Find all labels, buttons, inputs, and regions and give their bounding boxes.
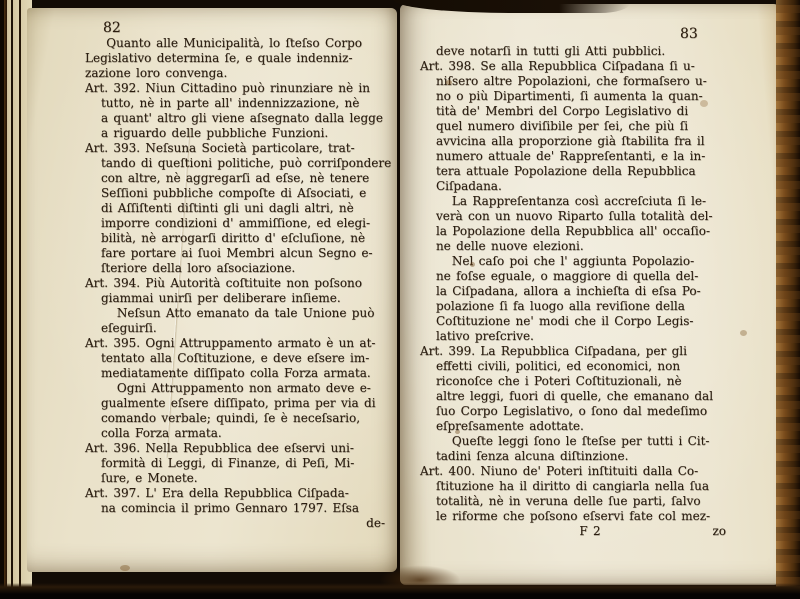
text-line: Ciſpadana. — [420, 179, 760, 194]
catchword: zo — [712, 524, 726, 539]
text-line: Art. 397. L' Era della Repubblica Ciſpad… — [85, 486, 395, 501]
text-line: di Aſſiſtenti diſtinti gli uni dagli alt… — [85, 201, 395, 216]
book-scan: 82 Quanto alle Municipalità, lo ſteſso C… — [0, 0, 800, 599]
text-line: Art. 400. Niuno de' Poteri inſtituiti da… — [420, 464, 760, 479]
left-page: 82 Quanto alle Municipalità, lo ſteſso C… — [27, 8, 397, 572]
text-line: comando verbale; quindi, ſe è neceſsario… — [85, 411, 395, 426]
text-line: tentato alla Coſtituzione, e deve eſsere… — [85, 351, 395, 366]
text-line: Legislativo determina ſe, e quale indenn… — [85, 51, 395, 66]
right-page: 83 deve notarſi in tutti gli Atti pubbli… — [400, 4, 778, 585]
text-line: tadini ſenza alcuna diſtinzione. — [420, 449, 760, 464]
text-line: riconoſce che i Poteri Coſtituzionali, n… — [420, 374, 760, 389]
text-line: la Popolazione della Repubblica all' occ… — [420, 224, 760, 239]
text-line: bilità, nè arrogarſi diritto d' eſcluſio… — [85, 231, 395, 246]
text-line: avvicina alla proporzione già ſtabilita … — [420, 134, 760, 149]
text-line: Queſte leggi ſono le ſteſse per tutti i … — [420, 434, 760, 449]
text-line: Art. 398. Se alla Repubblica Ciſpadana ſ… — [420, 59, 760, 74]
text-line: giammai unirſi per deliberare inſieme. — [85, 291, 395, 306]
text-line: no o più Dipartimenti, ſi aumenta la qua… — [420, 89, 760, 104]
text-line: verà con un nuovo Riparto ſulla totalità… — [420, 209, 760, 224]
text-line: Neſsun Atto emanato da tale Unione può — [85, 306, 395, 321]
text-line: Art. 394. Più Autorità coſtituite non po… — [85, 276, 395, 291]
text-line: imporre condizioni d' ammiſſione, ed ele… — [85, 216, 395, 231]
text-line: ne foſse eguale, o maggiore di quella de… — [420, 269, 760, 284]
text-line: Art. 392. Niun Cittadino può rinunziare … — [85, 81, 395, 96]
bottom-page-edge — [0, 583, 800, 599]
text-line: con altre, nè aggregarſi ad eſse, nè ten… — [85, 171, 395, 186]
text-line: totalità, nè in veruna delle ſue parti, … — [420, 494, 760, 509]
text-line: Ogni Attruppamento non armato deve e- — [85, 381, 395, 396]
text-line: tando di queſtioni politiche, può corriſ… — [85, 156, 395, 171]
text-line: Seſſioni pubbliche compoſte di Aſsociati… — [85, 186, 395, 201]
text-line: na comincia il primo Gennaro 1797. Eſsa — [85, 501, 395, 516]
fore-edge — [776, 0, 800, 599]
text-line: eſpreſsamente adottate. — [420, 419, 760, 434]
text-line: mediatamente diſſipato colla Forza armat… — [85, 366, 395, 381]
text-line: ne delle nuove elezioni. — [420, 239, 760, 254]
page-number-right: 83 — [680, 26, 698, 42]
signature-row: F 2zo — [420, 524, 760, 539]
text-line: deve notarſi in tutti gli Atti pubblici. — [420, 44, 760, 59]
text-line: Art. 393. Neſsuna Società particolare, t… — [85, 141, 395, 156]
signature-mark: F 2 — [579, 524, 600, 538]
gutter-stain — [372, 556, 468, 586]
text-line: numero attuale de' Rappreſentanti, e la … — [420, 149, 760, 164]
text-line: fare portare ai ſuoi Membri alcun Segno … — [85, 246, 395, 261]
text-line: formità di Leggi, di Finanze, di Peſi, M… — [85, 456, 395, 471]
page-number-left: 82 — [103, 20, 121, 36]
text-line: ſteriore della loro aſsociazione. — [85, 261, 395, 276]
left-text-column: Quanto alle Municipalità, lo ſteſso Corp… — [85, 36, 395, 531]
text-line: colla Forza armata. — [85, 426, 395, 441]
text-line: a riguardo delle pubbliche Funzioni. — [85, 126, 395, 141]
text-line: ſuo Corpo Legislativo, o ſono dal medeſi… — [420, 404, 760, 419]
text-line: ſtituzione ha il diritto di cangiarla ne… — [420, 479, 760, 494]
text-line: tutto, nè in parte all' indennizzazione,… — [85, 96, 395, 111]
text-line: polazione ſi fa luogo alla reviſione del… — [420, 299, 760, 314]
text-line: tità de' Membri del Corpo Legislativo di — [420, 104, 760, 119]
text-line: zazione loro convenga. — [85, 66, 395, 81]
text-line: lativo preſcrive. — [420, 329, 760, 344]
text-line: Art. 396. Nella Repubblica dee eſservi u… — [85, 441, 395, 456]
text-line: ſure, e Monete. — [85, 471, 395, 486]
text-line: tera attuale Popolazione della Repubblic… — [420, 164, 760, 179]
right-text-column: deve notarſi in tutti gli Atti pubblici.… — [420, 44, 760, 539]
text-line: Art. 395. Ogni Attruppamento armato è un… — [85, 336, 395, 351]
text-line: gualmente eſsere diſſipato, prima per vi… — [85, 396, 395, 411]
text-line: eſeguirſi. — [85, 321, 395, 336]
text-line: La Rappreſentanza così accreſciuta ſi le… — [420, 194, 760, 209]
text-line: Art. 399. La Repubblica Ciſpadana, per g… — [420, 344, 760, 359]
text-line: Coſtituzione ne' modi che il Corpo Legis… — [420, 314, 760, 329]
text-line: altre leggi, fuori di quelle, che emanan… — [420, 389, 760, 404]
text-line: niſsero altre Popolazioni, che formaſser… — [420, 74, 760, 89]
text-line: a quant' altro gli viene aſsegnato dalla… — [85, 111, 395, 126]
text-line: Nel caſo poi che l' aggiunta Popolazio- — [420, 254, 760, 269]
text-line: effetti civili, politici, ed economici, … — [420, 359, 760, 374]
text-line: le riforme che poſsono eſservi fate col … — [420, 509, 760, 524]
text-line: la Ciſpadana, allora a inchieſta di eſsa… — [420, 284, 760, 299]
catchword: de- — [85, 516, 395, 531]
text-line: Quanto alle Municipalità, lo ſteſso Corp… — [85, 36, 395, 51]
text-line: quel numero diviſibile per ſei, che più … — [420, 119, 760, 134]
